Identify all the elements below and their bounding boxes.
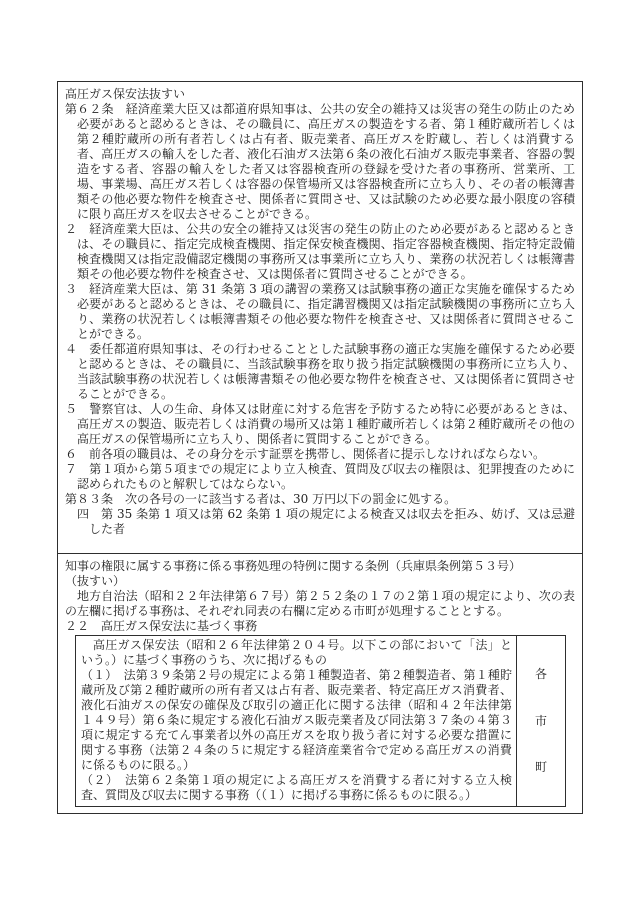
municipality-char-2: 市	[535, 714, 547, 729]
ordinance-subnote: （抜すい）	[65, 574, 575, 589]
article-62-paragraph-1: 第６２条 経済産業大臣又は都道府県知事は、公共の安全の維持又は災害の発生の防止の…	[65, 102, 575, 222]
article-62-paragraph-3: ３ 経済産業大臣は、第 31 条第 3 項の講習の業務又は試験事務の適正な実施を…	[65, 282, 575, 342]
municipality-char-1: 各	[535, 667, 547, 682]
duties-intro: 高圧ガス保安法（昭和２６年法律第２０４号。以下この部において「法」という。）に基…	[81, 638, 512, 668]
gas-law-extract-section: 高圧ガス保安法抜すい 第６２条 経済産業大臣又は都道府県知事は、公共の安全の維持…	[58, 82, 582, 554]
document-page: 高圧ガス保安法抜すい 第６２条 経済産業大臣又は都道府県知事は、公共の安全の維持…	[0, 0, 630, 915]
article-62-paragraph-5: ５ 警察官は、人の生命、身体又は財産に対する危害を予防するため特に必要があるとき…	[65, 402, 575, 447]
prefectural-ordinance-section: 知事の権限に属する事務に係る事務処理の特例に関する条例（兵庫県条例第５３号） （…	[58, 554, 582, 813]
ordinance-item-22-label: ２２ 高圧ガス保安法に基づく事務	[65, 619, 575, 634]
article-62-paragraph-4: ４ 委任都道府県知事は、その行わせることとした試験事務の適正な実施を確保するため…	[65, 342, 575, 402]
document-outer-table: 高圧ガス保安法抜すい 第６２条 経済産業大臣又は都道府県知事は、公共の安全の維持…	[57, 81, 583, 814]
ordinance-heading: 知事の権限に属する事務に係る事務処理の特例に関する条例（兵庫県条例第５３号）	[65, 559, 575, 574]
duties-item-2: （２） 法第６２条第１項の規定による高圧ガスを消費する者に対する立入検査、質問及…	[81, 773, 512, 803]
document-title: 高圧ガス保安法抜すい	[65, 87, 575, 102]
ordinance-body: 地方自治法（昭和２２年法律第６７号）第２５２条の１７の２第１項の規定により、次の…	[65, 589, 575, 619]
municipality-char-3: 町	[535, 760, 547, 775]
duties-item-1: （１） 法第３９条第２号の規定による第１種製造者、第２種製造者、第１種貯蔵所及び…	[81, 668, 512, 773]
article-83-item-4: 四 第 35 条第 1 項又は第 62 条第 1 項の規定による検査又は収去を拒…	[65, 507, 575, 537]
delegated-duties-table: 高圧ガス保安法（昭和２６年法律第２０４号。以下この部において「法」という。）に基…	[75, 635, 566, 807]
delegated-duties-description-cell: 高圧ガス保安法（昭和２６年法律第２０４号。以下この部において「法」という。）に基…	[76, 636, 516, 806]
responsible-municipality-cell: 各 市 町	[516, 636, 565, 806]
article-62-paragraph-2: ２ 経済産業大臣は、公共の安全の維持又は災害の発生の防止のため必要があると認める…	[65, 222, 575, 282]
article-62-paragraph-6: ６ 前各項の職員は、その身分を示す証票を携帯し、関係者に提示しなければならない。	[65, 447, 575, 462]
article-62-paragraph-7: ７ 第１項から第５項までの規定により立入検査、質問及び収去の権限は、犯罪捜査のた…	[65, 462, 575, 492]
article-83-heading: 第８３条 次の各号の一に該当する者は、30 万円以下の罰金に処する。	[65, 492, 575, 507]
